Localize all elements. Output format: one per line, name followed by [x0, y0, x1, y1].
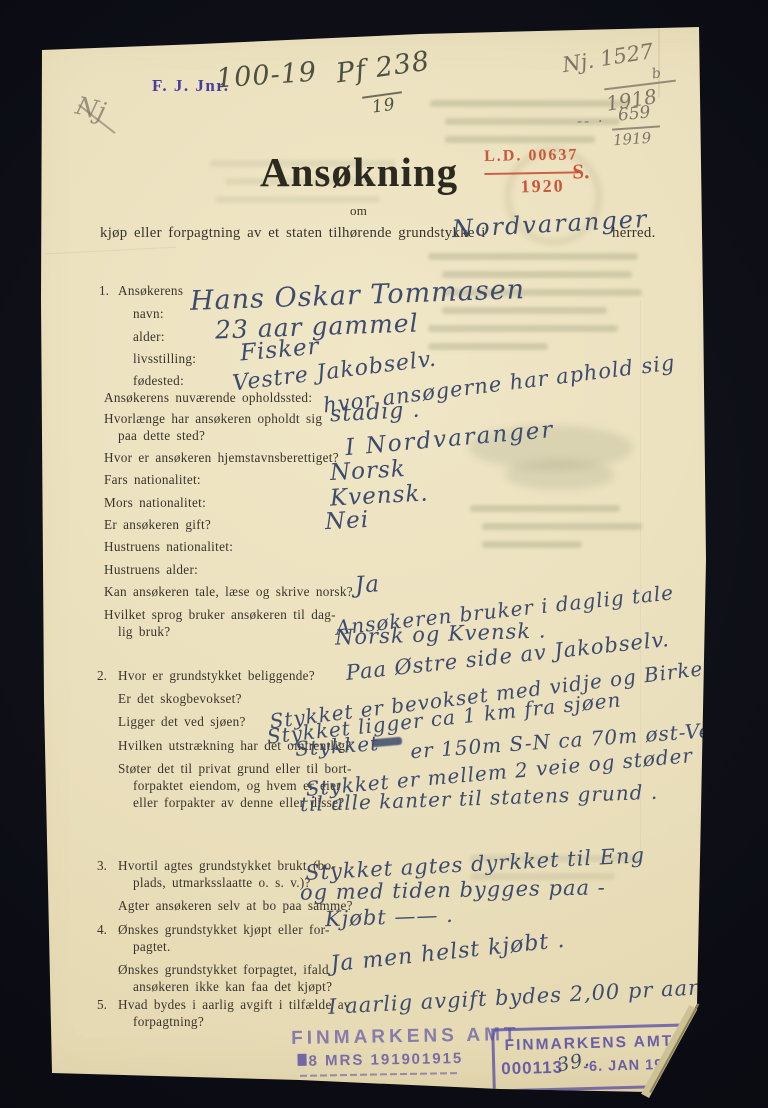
bleedthrough-line: [442, 307, 607, 314]
q-livsstilling-label: livsstilling:: [133, 351, 196, 367]
q-hjemstavn-label: Hvor er ansøkeren hjemstavnsberettiget?: [104, 450, 339, 466]
q-brukt-label-1: Hvortil agtes grundstykket brukt (bo-: [118, 858, 336, 874]
form-title: Ansøkning: [260, 148, 458, 196]
q5-number: 5.: [97, 997, 107, 1013]
q-opholdssted-label: Ansøkerens nuværende opholdssted:: [104, 390, 312, 406]
form-subtitle-om: om: [350, 203, 367, 219]
q-navn-label: navn:: [133, 306, 164, 322]
q-kan-norsk-label: Kan ansøkeren tale, læse og skrive norsk…: [104, 584, 353, 600]
q1-heading: Ansøkerens: [118, 283, 183, 299]
form-subtitle-suffix: herred.: [612, 225, 656, 242]
answer-brukt-2: og med tiden bygges paa -: [300, 875, 606, 904]
answer-forpagtet: Ja men helst kjøbt .: [329, 928, 566, 977]
paper-sheet: Nj F. J. Jnr. 100-19 Pf 238 19 Nj. 1527 …: [0, 0, 768, 1108]
red-stamp-letter: S.: [572, 159, 589, 184]
bleedthrough-line: [428, 253, 638, 260]
q-mors-label: Mors nationalitet:: [104, 495, 206, 511]
stamp-box-number: 000113: [501, 1058, 563, 1080]
bleedthrough-line: [482, 541, 582, 548]
form-subtitle: kjøp eller forpagtning av et staten tilh…: [100, 225, 486, 242]
bleedthrough-line: [445, 136, 595, 143]
bleedthrough-line: [215, 196, 380, 203]
journal-number-handwritten: 100-19: [215, 57, 318, 95]
q-sprog-label-2: lig bruk?: [118, 624, 170, 640]
q-fodested-label: fødested:: [133, 373, 184, 389]
q-kjopt-label-2: pagtet.: [133, 939, 171, 955]
bleedthrough-line: [482, 523, 642, 530]
pencil-ref-sub: b: [651, 65, 662, 82]
scanned-document: Nj F. J. Jnr. 100-19 Pf 238 19 Nj. 1527 …: [0, 0, 768, 1108]
stamp-ink-blot: [297, 1054, 306, 1066]
red-stamp-year: 1920: [521, 176, 565, 198]
q-gift-label: Er ansøkeren gift?: [104, 517, 211, 533]
stamp-left-underline: [300, 1072, 458, 1077]
bleedthrough-line: [428, 343, 548, 350]
q-sjoen-label: Ligger det ved sjøen?: [118, 714, 246, 730]
q3-number: 3.: [97, 858, 107, 874]
q-hustru-nat-label: Hustruens nationalitet:: [104, 539, 233, 555]
q-hvorlaenge-label-2: paa dette sted?: [118, 428, 205, 444]
q-beliggende-label: Hvor er grundstykket beliggende?: [118, 668, 315, 684]
q-alder-label: alder:: [133, 329, 165, 345]
crossed-out-word: [372, 737, 403, 748]
q4-number: 4.: [97, 922, 107, 938]
q-kjopt-label-1: Ønskes grundstykket kjøpt eller for-: [118, 922, 330, 938]
answer-opholdssted-2: stadig .: [329, 398, 421, 428]
q-brukt-label-2: plads, utmarksslaatte o. s. v.)?: [133, 875, 311, 891]
q-forpagtet-label-1: Ønskes grundstykket forpagtet, ifald: [118, 962, 329, 978]
stamp-left-date: 8 MRS 1919: [308, 1051, 412, 1070]
q-avgift-label-2: forpagtning?: [133, 1014, 204, 1030]
stamp-left-number: 01915: [411, 1050, 463, 1068]
paper-crease: [658, 28, 660, 98]
bleedthrough-line: [430, 100, 630, 107]
paper-crease: [640, 300, 641, 860]
q-hustru-alder-label: Hustruens alder:: [104, 562, 198, 578]
answer-kjopt: Kjøbt —— .: [325, 903, 455, 931]
q-forpagtet-label-2: ansøkeren ikke kan faa det kjøpt?: [133, 979, 332, 995]
pencil-ref-number: Nj. 1527: [561, 39, 655, 77]
corner-pencil-mark: Nj: [73, 91, 109, 126]
answer-gift: Nei: [324, 507, 369, 535]
q1-number: 1.: [99, 283, 109, 299]
q-stoter-label-1: Støter det til privat grund eller til bo…: [118, 761, 352, 777]
q-sprog-label-1: Hvilket sprog bruker ansøkeren til dag-: [104, 607, 336, 623]
answer-mors: Kvensk.: [329, 480, 429, 511]
paper-crease: [46, 247, 176, 255]
bleedthrough-handwriting: [505, 460, 615, 490]
red-stamp-number: L.D. 00637: [484, 146, 579, 166]
q2-number: 2.: [97, 668, 107, 684]
answer-kan-norsk: Ja: [354, 571, 381, 599]
reference-mark-handwritten: Pf 238: [334, 46, 432, 90]
q-fars-label: Fars nationalitet:: [104, 472, 201, 488]
pencil-frac-numerator: 659: [617, 102, 651, 125]
q-avgift-label-1: Hvad bydes i aarlig avgift i tilfælde av: [118, 997, 351, 1013]
pencil-ditto-dashes: -- ·: [577, 112, 605, 130]
pencil-frac-denominator: 1919: [612, 129, 651, 150]
q-hvorlaenge-label-1: Hvorlænge har ansøkeren opholdt sig: [104, 411, 322, 427]
answer-utstraekning-1: Stykket: [294, 731, 380, 761]
bleedthrough-line: [470, 505, 620, 512]
stamp-box-title: FINMARKENS AMT: [504, 1033, 673, 1055]
reference-denominator: 19: [371, 94, 397, 117]
bleedthrough-line: [428, 325, 618, 332]
q-skog-label: Er det skogbevokset?: [118, 691, 242, 707]
stamp-left-title: FINMARKENS AMT: [291, 1024, 520, 1050]
